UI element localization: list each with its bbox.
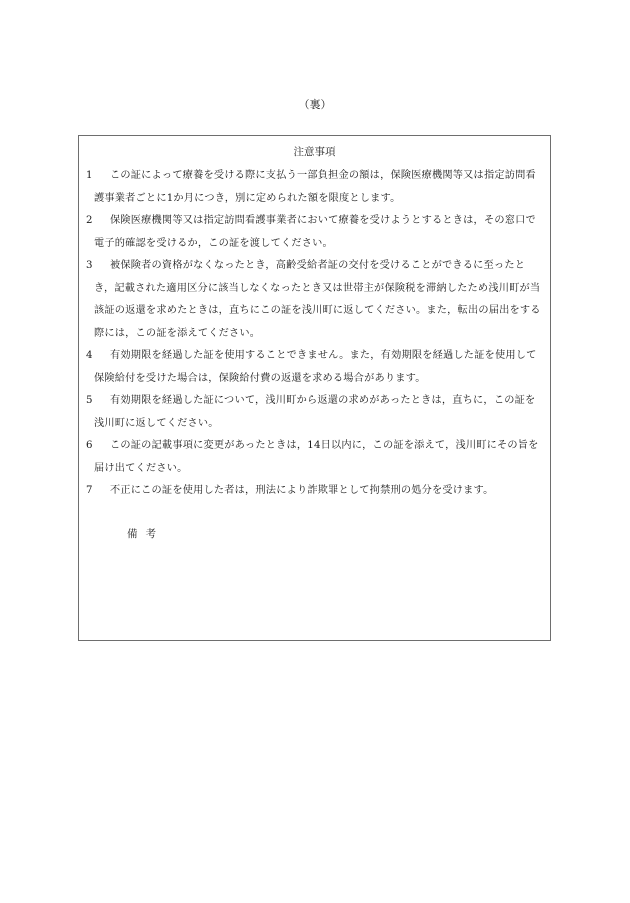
notice-item-6: 6 この証の記載事項に変更があったときは，14日以内に，この証を添えて，浅川町に… bbox=[86, 435, 542, 480]
item-text: 不正にこの証を使用した者は，刑法により詐欺罪として拘禁刑の処分を受けます。 bbox=[94, 480, 542, 503]
item-number: 4 bbox=[86, 345, 96, 368]
item-number: 6 bbox=[86, 435, 96, 458]
notice-item-4: 4 有効期限を経過した証を使用することできません。また，有効期限を経過した証を使… bbox=[86, 345, 542, 390]
item-text: この証の記載事項に変更があったときは，14日以内に，この証を添えて，浅川町にその… bbox=[94, 435, 542, 480]
remarks-label: 備考 bbox=[127, 526, 164, 541]
item-number: 3 bbox=[86, 255, 96, 278]
item-number: 1 bbox=[86, 165, 96, 188]
item-number: 5 bbox=[86, 390, 96, 413]
item-text: 有効期限を経過した証を使用することできません。また，有効期限を経過した証を使用し… bbox=[94, 345, 542, 390]
page-heading: （裏） bbox=[0, 96, 630, 112]
item-number: 2 bbox=[86, 210, 96, 233]
item-text: この証によって療養を受ける際に支払う一部負担金の額は，保険医療機関等又は指定訪問… bbox=[94, 165, 542, 210]
notice-item-3: 3 被保険者の資格がなくなったとき，高齢受給者証の交付を受けることができるに至っ… bbox=[86, 255, 542, 345]
notice-item-1: 1 この証によって療養を受ける際に支払う一部負担金の額は，保険医療機関等又は指定… bbox=[86, 165, 542, 210]
item-text: 有効期限を経過した証について，浅川町から返還の求めがあったときは，直ちに，この証… bbox=[94, 390, 542, 435]
notice-item-7: 7 不正にこの証を使用した者は，刑法により詐欺罪として拘禁刑の処分を受けます。 bbox=[86, 480, 542, 503]
notice-title: 注意事項 bbox=[79, 144, 550, 159]
item-text: 保険医療機関等又は指定訪問看護事業者において療養を受けようとするときは，その窓口… bbox=[94, 210, 542, 255]
notice-list: 1 この証によって療養を受ける際に支払う一部負担金の額は，保険医療機関等又は指定… bbox=[86, 165, 542, 503]
item-number: 7 bbox=[86, 480, 96, 503]
notice-item-5: 5 有効期限を経過した証について，浅川町から返還の求めがあったときは，直ちに，こ… bbox=[86, 390, 542, 435]
notice-item-2: 2 保険医療機関等又は指定訪問看護事業者において療養を受けようとするときは，その… bbox=[86, 210, 542, 255]
item-text: 被保険者の資格がなくなったとき，高齢受給者証の交付を受けることができるに至ったと… bbox=[94, 255, 542, 345]
notice-box: 注意事項 1 この証によって療養を受ける際に支払う一部負担金の額は，保険医療機関… bbox=[78, 135, 551, 641]
